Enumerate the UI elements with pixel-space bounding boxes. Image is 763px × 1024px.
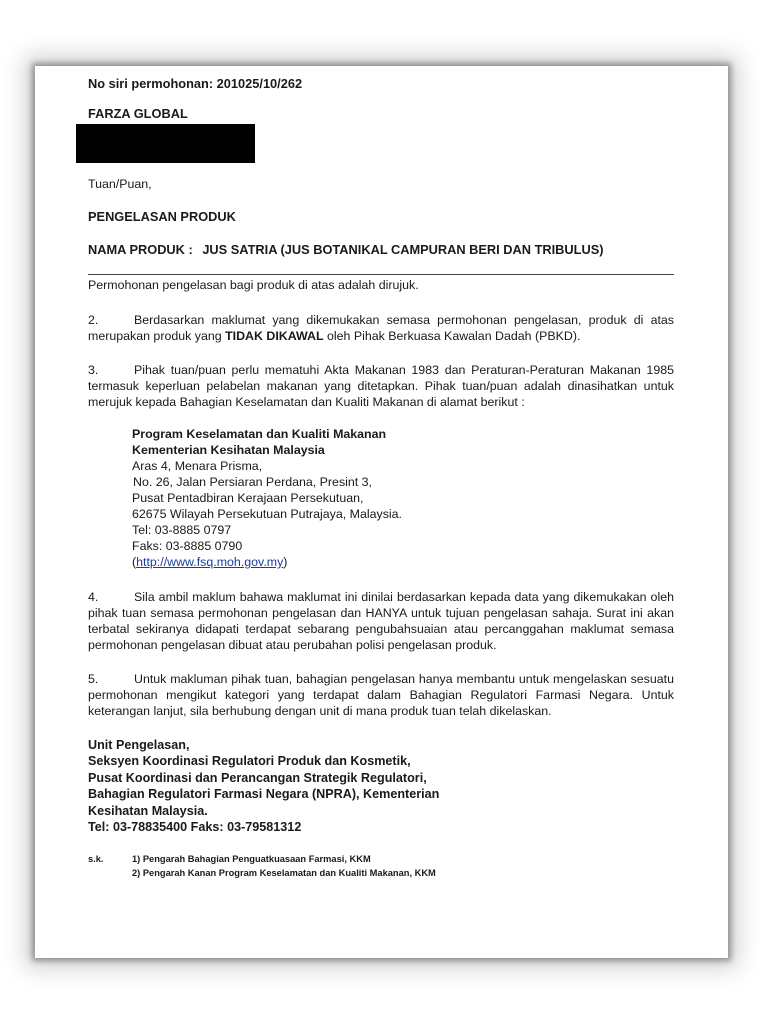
address-line: No. 26, Jalan Persiaran Perdana, Presint… [132,474,402,490]
paragraph-text: oleh Pihak Berkuasa Kawalan Dadah (PBKD)… [324,329,581,343]
signature-line: Bahagian Regulatori Farmasi Negara (NPRA… [88,786,439,802]
paragraph-5: 5.Untuk makluman pihak tuan, bahagian pe… [88,671,674,719]
cc-item: 2) Pengarah Kanan Program Keselamatan da… [88,866,436,880]
document-page: No siri permohonan: 201025/10/262 FARZA … [35,66,728,958]
paragraph-number: 4. [88,589,134,605]
fsq-website-link[interactable]: http://www.fsq.moh.gov.my [136,555,283,569]
paragraph-3: 3.Pihak tuan/puan perlu mematuhi Akta Ma… [88,362,674,410]
paragraph-4: 4.Sila ambil maklum bahawa maklumat ini … [88,589,674,653]
paragraph-number: 3. [88,362,134,378]
address-fax: Faks: 03-8885 0790 [132,538,402,554]
horizontal-divider [88,274,674,275]
paragraph-text: Pihak tuan/puan perlu mematuhi Akta Maka… [88,363,674,409]
paragraph-2: 2.Berdasarkan maklumat yang dikemukakan … [88,312,674,344]
redacted-address-block [76,124,255,163]
product-name-line: NAMA PRODUK : JUS SATRIA (JUS BOTANIKAL … [88,242,604,257]
paren-close: ) [283,555,287,569]
signature-line: Unit Pengelasan, [88,737,439,753]
recipient-company: FARZA GLOBAL [88,106,188,121]
address-line: 62675 Wilayah Persekutuan Putrajaya, Mal… [132,506,402,522]
reference-line: Permohonan pengelasan bagi produk di ata… [88,278,419,292]
paragraph-text: Sila ambil maklum bahawa maklumat ini di… [88,590,674,652]
paragraph-text: Untuk makluman pihak tuan, bahagian peng… [88,672,674,718]
signature-line: Seksyen Koordinasi Regulatori Produk dan… [88,753,439,769]
cc-label: s.k. [88,852,132,866]
address-website: (http://www.fsq.moh.gov.my) [132,554,402,570]
application-serial-number: No siri permohonan: 201025/10/262 [88,76,302,91]
address-org-line: Program Keselamatan dan Kualiti Makanan [132,426,402,442]
address-ministry-line: Kementerian Kesihatan Malaysia [132,442,402,458]
paragraph-number: 2. [88,312,134,328]
paragraph-number: 5. [88,671,134,687]
carbon-copy-list: s.k.1) Pengarah Bahagian Penguatkuasaan … [88,852,436,880]
subject-heading: PENGELASAN PRODUK [88,209,236,224]
not-controlled-emphasis: TIDAK DIKAWAL [225,329,323,343]
product-name-label: NAMA PRODUK : [88,242,193,257]
salutation: Tuan/Puan, [88,177,152,191]
address-line: Aras 4, Menara Prisma, [132,458,402,474]
address-line: Pusat Pentadbiran Kerajaan Persekutuan, [132,490,402,506]
address-phone: Tel: 03-8885 0797 [132,522,402,538]
signature-line: Pusat Koordinasi dan Perancangan Strateg… [88,770,439,786]
signature-line: Kesihatan Malaysia. [88,803,439,819]
cc-item: 1) Pengarah Bahagian Penguatkuasaan Farm… [132,854,371,864]
signature-contact: Tel: 03-78835400 Faks: 03-79581312 [88,819,439,835]
signature-block: Unit Pengelasan, Seksyen Koordinasi Regu… [88,737,439,835]
food-safety-address-block: Program Keselamatan dan Kualiti Makanan … [132,426,402,570]
product-name-value: JUS SATRIA (JUS BOTANIKAL CAMPURAN BERI … [202,242,603,257]
